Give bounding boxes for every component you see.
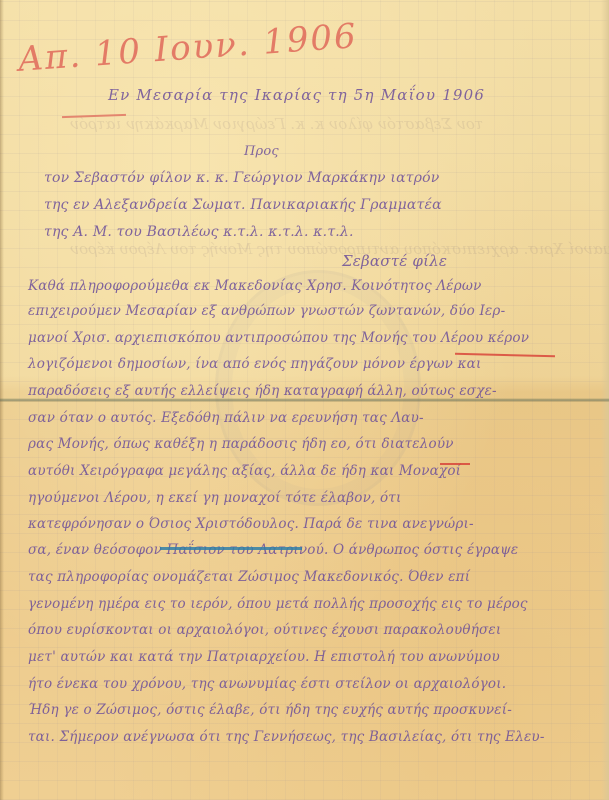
- body-line: ηγούμενοι Λέρου, η εκεί γη μοναχοί τότε …: [28, 490, 401, 506]
- body-line: σα, έναν θεόσοφον Παΐσιον του Λατρινού. …: [28, 542, 518, 558]
- body-line: μετ' αυτών και κατά την Πατριαρχείου. Η …: [28, 649, 500, 665]
- blue-underline-hosios-christodoulos: [160, 547, 302, 550]
- body-line: ήτο ένεκα του χρόνου, της ανωνυμίας έστι…: [28, 676, 506, 692]
- greeting: Σεβαστέ φίλε: [342, 252, 447, 270]
- address-line-2: της εν Αλεξανδρεία Σωματ. Πανικαριακής Γ…: [44, 197, 442, 213]
- salutation-to: Προς: [244, 144, 279, 159]
- fold-crease: [0, 398, 609, 402]
- body-line: τας πληροφορίας ονομάζεται Ζώσιμος Μακεδ…: [28, 569, 470, 585]
- letter-page: τον Σεβαστόν φίλον κ. κ. Γεώργιον Μαρκάκ…: [0, 0, 609, 800]
- body-line: παραδόσεις εξ αυτής ελλείψεις ήδη καταγρ…: [28, 383, 497, 399]
- body-line: κατεφρόνησαν ο Όσιος Χριστόδουλος. Παρά …: [28, 516, 474, 532]
- body-line: αυτόθι Χειρόγραφα μεγάλης αξίας, άλλα δε…: [28, 463, 461, 479]
- body-line: μανοί Χρισ. αρχιεπισκόπου αντιπροσώπου τ…: [28, 330, 529, 346]
- body-line: ρας Μονής, όπως καθέξη η παράδοσις ήδη ε…: [28, 436, 454, 452]
- body-line: όπου ευρίσκονται οι αρχαιολόγοι, ούτινες…: [28, 622, 501, 638]
- body-line: Ήδη γε ο Ζώσιμος, όστις έλαβε, ότι ήδη τ…: [28, 702, 512, 718]
- body-line: επιχειρούμεν Μεσαρίαν εξ ανθρώπων γνωστώ…: [28, 303, 505, 319]
- red-underline-eo: [440, 463, 470, 465]
- body-line: Καθά πληροφορούμεθα εκ Μακεδονίας Χρησ. …: [28, 278, 482, 294]
- ink-bleed-through: τον Σεβαστόν φίλον κ. κ. Γεώργιον Μαρκάκ…: [70, 115, 483, 133]
- dateline: Εν Μεσαρία της Ικαρίας τη 5η Μαΐου 1906: [108, 86, 485, 104]
- address-line-3: της Α. Μ. του Βασιλέως κ.τ.λ. κ.τ.λ. κ.τ…: [44, 224, 354, 240]
- body-line: λογιζόμενοι δημοσίων, ίνα από ενός πηγάζ…: [28, 356, 481, 372]
- address-line-1: τον Σεβαστόν φίλον κ. κ. Γεώργιον Μαρκάκ…: [44, 170, 439, 186]
- body-line: σαν όταν ο αυτός. Εξεδόθη πάλιν να ερευν…: [28, 410, 424, 426]
- body-line: ται. Σήμερον ανέγνωσα ότι της Γεννήσεως,…: [28, 729, 545, 745]
- ink-bleed-through: μανοί Χρισ. αρχιεπισκόπου αντιπροσώπου τ…: [70, 240, 609, 258]
- body-line: γενομένη ημέρα εις το ιερόν, όπου μετά π…: [28, 596, 528, 612]
